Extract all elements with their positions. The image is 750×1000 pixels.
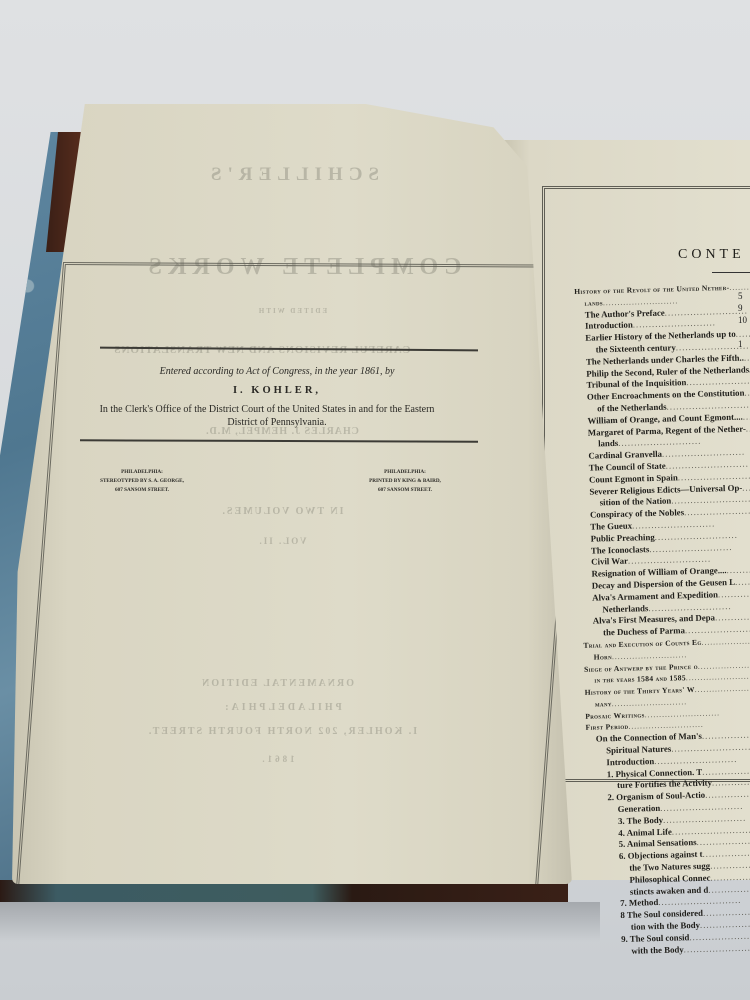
toc-leader-dots: .......................... [660, 801, 743, 813]
bleed-through-edited: EDITED WITH [212, 307, 372, 315]
toc-page-number [738, 410, 747, 422]
bleed-through-volumes: IN TWO VOLUMES. [182, 506, 382, 517]
contents-heading: CONTE [678, 247, 745, 263]
left-page: SCHILLER'S COMPLETE WORKS EDITED WITH CA… [12, 104, 572, 884]
toc-leader-dots: .......................... [708, 882, 750, 894]
toc-page-number [738, 350, 747, 362]
toc-leader-dots: .......................... [671, 494, 750, 506]
copyright-clerk-office: In the Clerk's Office of the District Co… [12, 404, 522, 415]
toc-page-number: 9 [738, 302, 747, 314]
bleed-through-vol: VOL. II. [237, 536, 327, 546]
bleed-through-edition: ORNAMENTAL EDITION [162, 678, 392, 689]
bleed-through-subtitle: COMPLETE WORKS [82, 254, 522, 281]
toc-leader-dots: .......................... [702, 729, 750, 741]
toc-leader-dots: .......................... [603, 296, 679, 307]
book-shadow [0, 902, 600, 942]
stereotyper-address: 607 SANSOM STREET. [72, 486, 212, 495]
toc-leader-dots: .......................... [746, 423, 750, 434]
toc-leader-dots: .......................... [671, 742, 750, 754]
toc-page-number [738, 362, 747, 374]
bleed-through-address: I. KOHLER, 202 NORTH FOURTH STREET. [102, 726, 462, 737]
toc-page-number: 1 [738, 338, 747, 350]
toc-leader-dots: .......................... [648, 601, 731, 613]
toc-leader-dots: .......................... [701, 636, 750, 647]
toc-leader-dots: .......................... [633, 318, 716, 330]
stereotyper-imprint: PHILADELPHIA: STEREOTYPED BY S. A. GEORG… [72, 468, 212, 495]
copyright-district: District of Pennsylvania. [142, 417, 412, 428]
bleed-through-city: PHILADELPHIA: [172, 702, 392, 713]
toc-leader-dots: .......................... [715, 611, 750, 623]
toc-leader-dots: .......................... [672, 824, 750, 836]
toc-leader-dots: .......................... [686, 672, 750, 683]
printer-city: PHILADELPHIA: [340, 468, 470, 477]
bleed-through-title: SCHILLER'S [152, 164, 432, 186]
toc-leader-dots: .......................... [710, 871, 750, 883]
toc-page-numbers: 5910 1 [738, 290, 747, 422]
toc-page-number [738, 386, 747, 398]
toc-page-number [738, 326, 747, 338]
printer-name: PRINTED BY KING & BAIRD, [340, 477, 470, 486]
toc-leader-dots: .......................... [685, 623, 750, 635]
toc-leader-dots: .......................... [696, 835, 750, 847]
toc-page-number: 10 [738, 314, 747, 326]
toc-page-number: 5 [738, 290, 747, 302]
toc-leader-dots: .......................... [684, 505, 750, 517]
copyright-entry-line: Entered according to Act of Congress, in… [62, 366, 492, 377]
toc-leader-dots: .......................... [705, 788, 750, 800]
toc-leader-dots: .......................... [700, 918, 750, 930]
toc-leader-dots: .......................... [702, 765, 750, 777]
toc-leader-dots: .......................... [689, 930, 750, 942]
toc-leader-dots: .......................... [666, 458, 749, 470]
toc-page-number [738, 374, 747, 386]
toc-leader-dots: .......................... [662, 447, 745, 459]
toc-leader-dots: .......................... [718, 588, 750, 599]
toc-leader-dots: .......................... [678, 470, 750, 482]
toc-leader-dots: .......................... [649, 541, 732, 553]
printer-imprint: PHILADELPHIA: PRINTED BY KING & BAIRD, 6… [340, 468, 470, 495]
toc-leader-dots: .......................... [695, 683, 750, 694]
toc-leader-dots: .......................... [628, 554, 711, 566]
toc-leader-dots: .......................... [698, 659, 750, 670]
toc-page-number [738, 398, 747, 410]
toc-leader-dots: .......................... [702, 847, 750, 859]
toc-leader-dots: .......................... [665, 305, 748, 317]
toc-leader-dots: .......................... [663, 813, 746, 825]
toc-leader-dots: .......................... [618, 436, 701, 448]
stereotyper-name: STEREOTYPED BY S. A. GEORGE, [72, 477, 212, 486]
toc-leader-dots: .......................... [632, 518, 715, 530]
toc-leader-dots: .......................... [684, 942, 750, 954]
photo-scene: CONTE History of the Revolt of the Unite… [0, 0, 750, 1000]
bleed-through-year: 1861. [232, 754, 322, 764]
stereotyper-city: PHILADELPHIA: [72, 468, 212, 477]
toc-leader-dots: .......................... [703, 906, 750, 918]
toc-leader-dots: .......................... [628, 720, 704, 731]
toc-leader-dots: .......................... [710, 859, 750, 871]
toc-leader-dots: .......................... [612, 650, 688, 661]
contents-heading-rule [712, 272, 750, 273]
toc-leader-dots: .......................... [658, 895, 741, 907]
printer-address: 607 SANSOM STREET. [340, 486, 470, 495]
toc-leader-dots: .......................... [742, 482, 750, 493]
toc-leader-dots: .......................... [726, 564, 750, 575]
left-page-border-frame [16, 262, 585, 891]
toc-leader-dots: .......................... [612, 697, 688, 708]
toc-leader-dots: .......................... [712, 776, 750, 788]
toc-leader-dots: .......................... [735, 576, 750, 587]
table-of-contents: History of the Revolt of the United Neth… [574, 281, 750, 958]
toc-leader-dots: .......................... [654, 754, 737, 766]
copyright-holder: I. KOHLER, [162, 385, 392, 396]
toc-leader-dots: .......................... [655, 530, 738, 542]
toc-leader-dots: .......................... [644, 708, 720, 719]
